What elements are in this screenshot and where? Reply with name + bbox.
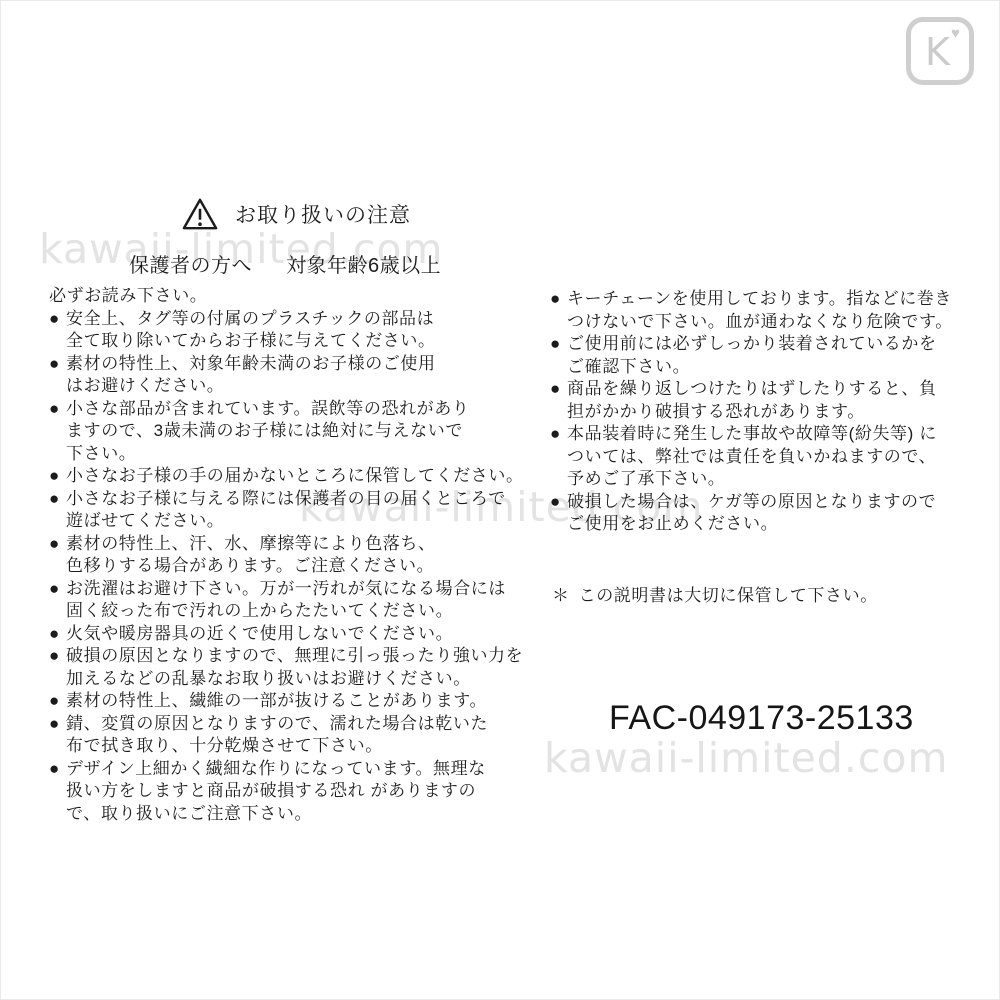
notice-item: ● 素材の特性上、繊維の一部が抜けることがあります。 xyxy=(49,690,529,713)
bullet-icon: ● xyxy=(49,623,66,646)
notice-item-text: お洗濯はお避け下さい。万が一汚れが気になる場合には 固く絞った布で汚れの上からた… xyxy=(66,578,506,623)
notice-item: ● 破損した場合は、ケガ等の原因となりますので ご使用をお止めください。 xyxy=(550,491,995,536)
intro-line: 必ずお読み下さい。 xyxy=(49,285,529,308)
bullet-icon: ● xyxy=(49,308,66,353)
right-notice-list: ● キーチェーンを使用しております。指などに巻き つけないで下さい。血が通わなく… xyxy=(550,288,995,536)
age-restriction-label: 対象年齢6歳以上 xyxy=(286,255,441,277)
kawaii-limited-logo: K ♥ xyxy=(906,17,974,85)
notice-item: ● デザイン上細かく繊細な作りになっています。無理な 扱い方をしますと商品が破損… xyxy=(49,758,529,826)
notice-item: ● 素材の特性上、汗、水、摩擦等により色落ち、 色移りする場合があります。ご注意… xyxy=(49,533,529,578)
notice-item-text: 商品を繰り返しつけたりはずしたりすると、負 担がかかり破損する恐れがあります。 xyxy=(567,378,937,423)
bullet-icon: ● xyxy=(49,398,66,466)
notice-item-text: キーチェーンを使用しております。指などに巻き つけないで下さい。血が通わなくなり… xyxy=(567,288,953,333)
page-title: お取り扱いの注意 xyxy=(235,199,411,229)
notice-item: ● キーチェーンを使用しております。指などに巻き つけないで下さい。血が通わなく… xyxy=(550,288,995,333)
notice-item: ● 素材の特性上、対象年齢未満のお子様のご使用 はお避けください。 xyxy=(49,353,529,398)
asterisk-marker: ＊ xyxy=(552,586,570,605)
bullet-icon: ● xyxy=(49,465,66,488)
subheader: 保護者の方へ 対象年齢6歳以上 xyxy=(129,249,441,278)
notice-item-text: 小さなお子様の手の届かないところに保管してください。 xyxy=(66,465,524,488)
instruction-sheet: kawaii-limited.com kawaii-limited.com ka… xyxy=(0,0,1000,1000)
notice-item-text: 破損した場合は、ケガ等の原因となりますので ご使用をお止めください。 xyxy=(567,491,936,536)
notice-item-text: デザイン上細かく繊細な作りになっています。無理な 扱い方をしますと商品が破損する… xyxy=(66,758,486,826)
notice-item: ● 本品装着時に発生した事故や故障等(紛失等) に ついては、弊社では責任を負い… xyxy=(550,423,995,491)
heart-icon: ♥ xyxy=(951,25,960,42)
bullet-icon: ● xyxy=(49,578,66,623)
bullet-icon: ● xyxy=(49,713,66,758)
notice-item: ● 小さなお子様の手の届かないところに保管してください。 xyxy=(49,465,529,488)
audience-label: 保護者の方へ xyxy=(129,255,252,277)
notice-item-text: 火気や暖房器具の近くで使用しないでください。 xyxy=(66,623,453,646)
notice-item: ● 小さな部品が含まれています。誤飲等の恐れがあり ますので、3歳未満のお子様に… xyxy=(49,398,529,466)
bullet-icon: ● xyxy=(49,758,66,826)
warning-triangle-icon xyxy=(181,197,219,231)
notice-item-text: 錆、変質の原因となりますので、濡れた場合は乾いた 布で拭き取り、十分乾燥させて下… xyxy=(66,713,488,758)
keep-note-text: この説明書は大切に保管して下さい。 xyxy=(579,586,878,605)
notice-item-text: ご使用前には必ずしっかり装着されているかを ご確認下さい。 xyxy=(567,333,937,378)
bullet-icon: ● xyxy=(49,690,66,713)
notice-item: ● 破損の原因となりますので、無理に引っ張ったり強い力を 加えるなどの乱暴なお取… xyxy=(49,645,529,690)
notice-item: ● 火気や暖房器具の近くで使用しないでください。 xyxy=(49,623,529,646)
notice-item-text: 素材の特性上、汗、水、摩擦等により色落ち、 色移りする場合があります。ご注意くだ… xyxy=(66,533,436,578)
notice-item: ● ご使用前には必ずしっかり装着されているかを ご確認下さい。 xyxy=(550,333,995,378)
logo-letter: K xyxy=(925,30,950,74)
bullet-icon: ● xyxy=(49,353,66,398)
bullet-icon: ● xyxy=(550,288,567,333)
notice-item: ● 安全上、タグ等の付属のプラスチックの部品は 全て取り除いてからお子様に与えて… xyxy=(49,308,529,353)
bullet-icon: ● xyxy=(49,488,66,533)
notice-item: ● 小さなお子様に与える際には保護者の目の届くところで 遊ばせてください。 xyxy=(49,488,529,533)
bullet-icon: ● xyxy=(49,533,66,578)
bullet-icon: ● xyxy=(550,423,567,491)
watermark-text: kawaii-limited.com xyxy=(544,734,948,782)
notice-item: ● お洗濯はお避け下さい。万が一汚れが気になる場合には 固く絞った布で汚れの上か… xyxy=(49,578,529,623)
notice-item: ● 商品を繰り返しつけたりはずしたりすると、負 担がかかり破損する恐れがあります… xyxy=(550,378,995,423)
left-notice-column: 必ずお読み下さい。 ● 安全上、タグ等の付属のプラスチックの部品は 全て取り除い… xyxy=(49,285,529,825)
product-code: FAC-049173-25133 xyxy=(609,699,914,738)
bullet-icon: ● xyxy=(550,333,567,378)
right-notice-column: ● キーチェーンを使用しております。指などに巻き つけないで下さい。血が通わなく… xyxy=(550,288,995,536)
bullet-icon: ● xyxy=(550,378,567,423)
keep-note: ＊この説明書は大切に保管して下さい。 xyxy=(552,581,878,606)
notice-item-text: 小さな部品が含まれています。誤飲等の恐れがあり ますので、3歳未満のお子様には絶… xyxy=(66,398,469,466)
notice-item-text: 本品装着時に発生した事故や故障等(紛失等) に ついては、弊社では責任を負いかね… xyxy=(567,423,937,491)
notice-item: ● 錆、変質の原因となりますので、濡れた場合は乾いた 布で拭き取り、十分乾燥させ… xyxy=(49,713,529,758)
notice-header: お取り扱いの注意 xyxy=(181,197,411,231)
notice-item-text: 破損の原因となりますので、無理に引っ張ったり強い力を 加えるなどの乱暴なお取り扱… xyxy=(66,645,523,690)
bullet-icon: ● xyxy=(550,491,567,536)
left-notice-list: ● 安全上、タグ等の付属のプラスチックの部品は 全て取り除いてからお子様に与えて… xyxy=(49,308,529,826)
bullet-icon: ● xyxy=(49,645,66,690)
notice-item-text: 素材の特性上、対象年齢未満のお子様のご使用 はお避けください。 xyxy=(66,353,436,398)
notice-item-text: 小さなお子様に与える際には保護者の目の届くところで 遊ばせてください。 xyxy=(66,488,506,533)
notice-item-text: 素材の特性上、繊維の一部が抜けることがあります。 xyxy=(66,690,487,713)
notice-item-text: 安全上、タグ等の付属のプラスチックの部品は 全て取り除いてからお子様に与えてくだ… xyxy=(66,308,436,353)
